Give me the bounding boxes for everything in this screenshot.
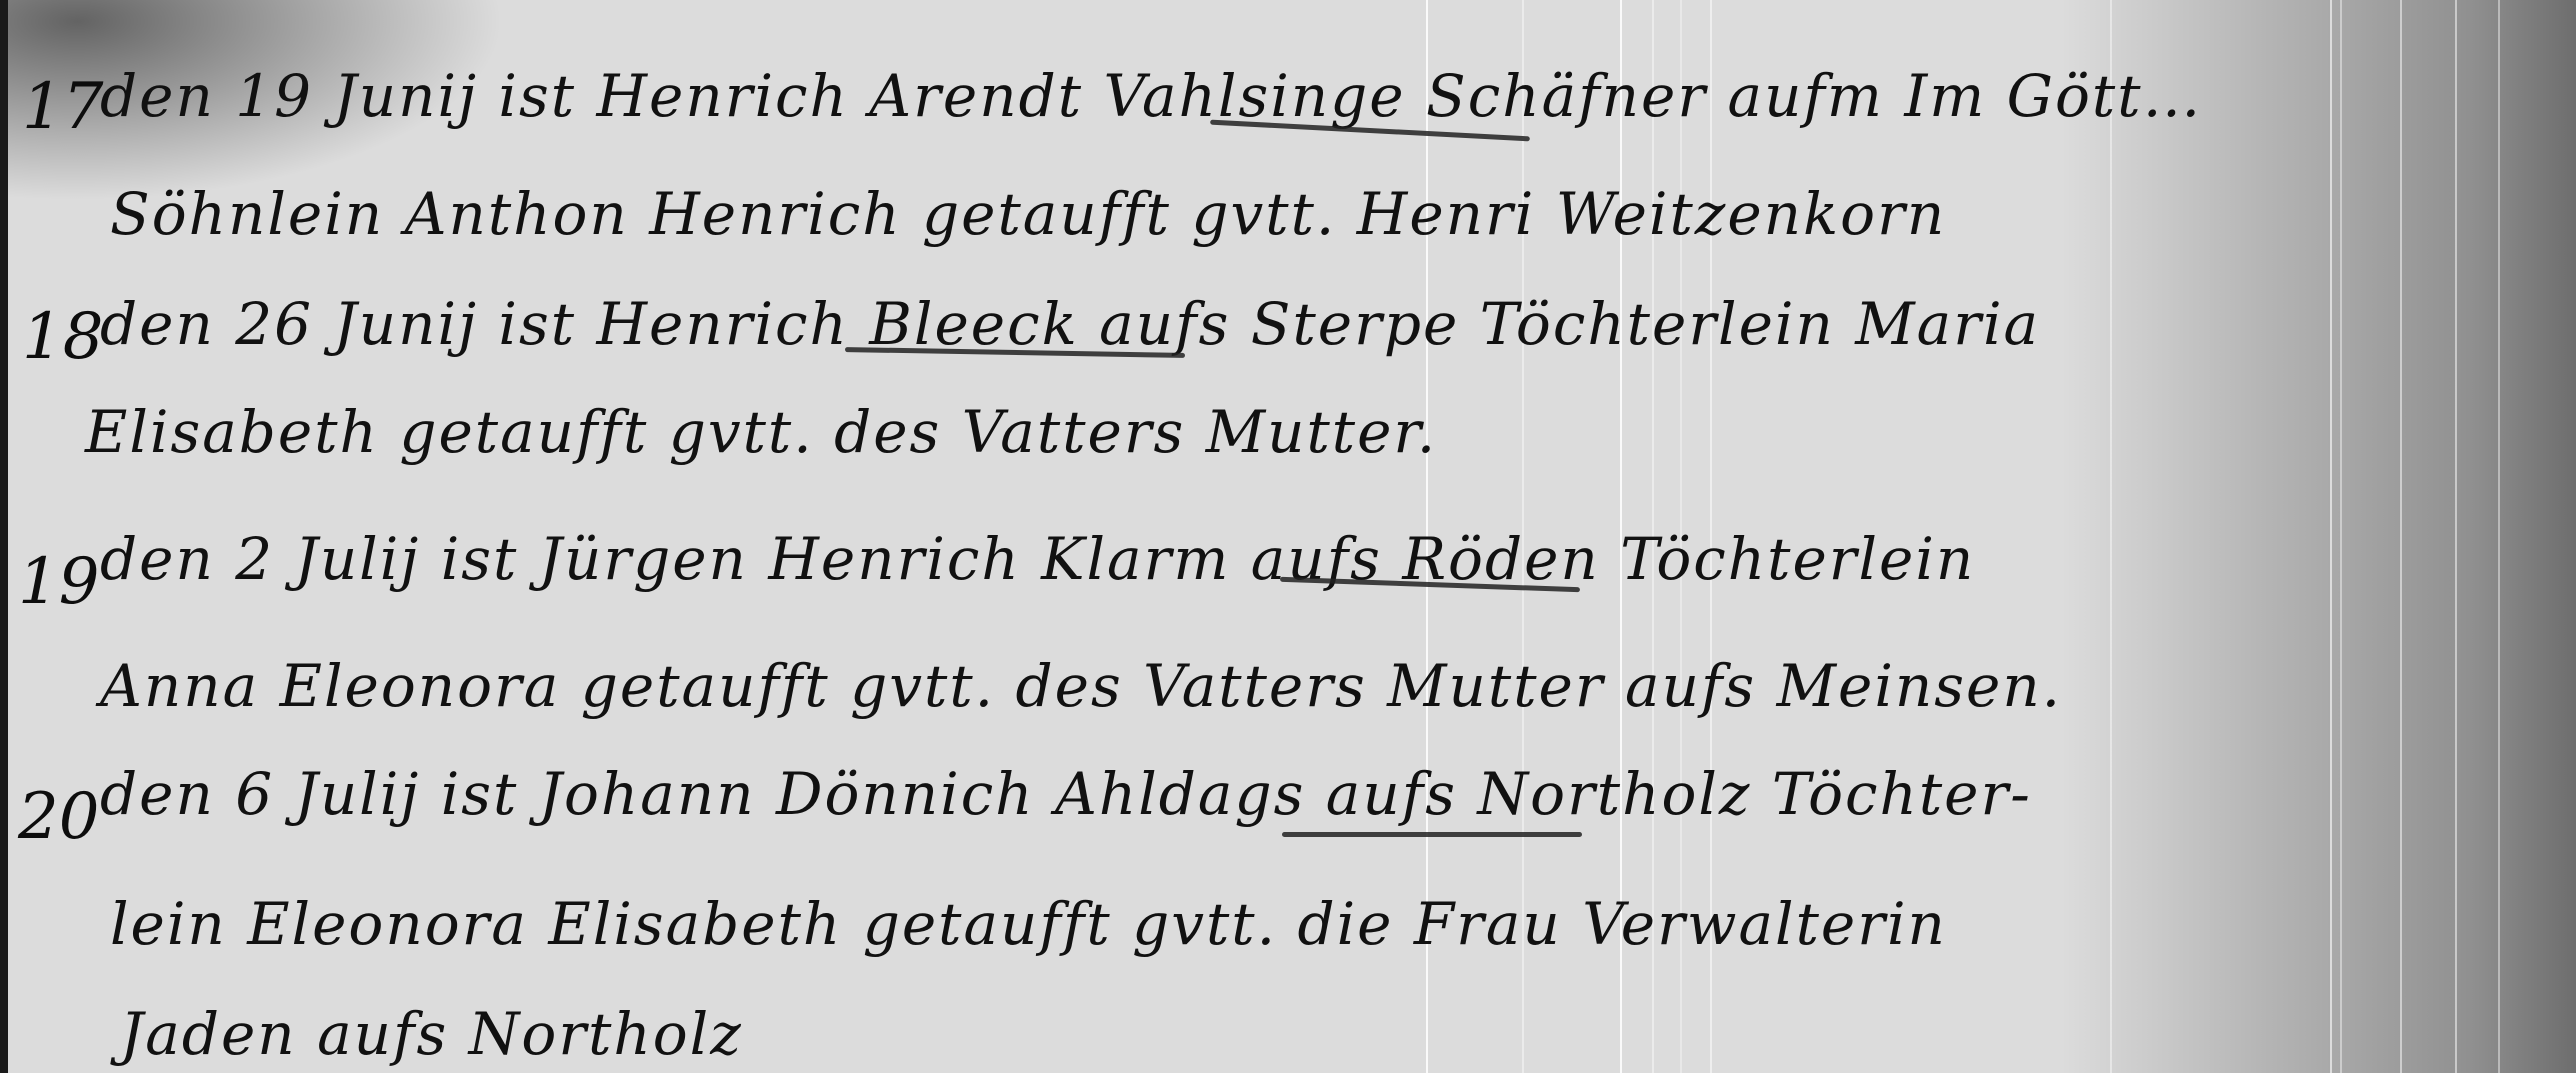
entry-19-line-2: Anna Eleonora getaufft gvtt. des Vatters… [100, 652, 2062, 720]
entry-number: 17 [22, 70, 103, 144]
scan-artifact-line [2330, 0, 2332, 1073]
entry-20-line-2: lein Eleonora Elisabeth getaufft gvtt. d… [110, 890, 1947, 958]
scanned-register-page: 17 den 19 Junij ist Henrich Arendt Vahls… [0, 0, 2576, 1073]
entry-17-line-1: den 19 Junij ist Henrich Arendt Vahlsing… [100, 62, 2203, 130]
scan-artifact-line [2455, 0, 2457, 1073]
entry-18-line-1: den 26 Junij ist Henrich Bleeck aufs Ste… [100, 290, 2040, 358]
entry-19-line-1: den 2 Julij ist Jürgen Henrich Klarm auf… [100, 525, 1975, 593]
page-left-edge [0, 0, 8, 1073]
entry-17-line-2: Söhnlein Anthon Henrich getaufft gvtt. H… [110, 180, 1946, 248]
scan-artifact-line [2340, 0, 2342, 1073]
entry-18-line-2: Elisabeth getaufft gvtt. des Vatters Mut… [85, 398, 1437, 466]
scan-artifact-line [2110, 0, 2112, 1073]
scan-artifact-line [2498, 0, 2500, 1073]
entry-number: 20 [18, 780, 99, 854]
entry-number: 18 [22, 300, 103, 374]
entry-number: 19 [18, 545, 99, 619]
entry-20-line-1: den 6 Julij ist Johann Dönnich Ahldags a… [100, 760, 2032, 828]
entry-20-line-3: Jaden aufs Northolz [120, 1000, 743, 1068]
scan-artifact-line [2400, 0, 2402, 1073]
surname-underline [1282, 832, 1582, 837]
